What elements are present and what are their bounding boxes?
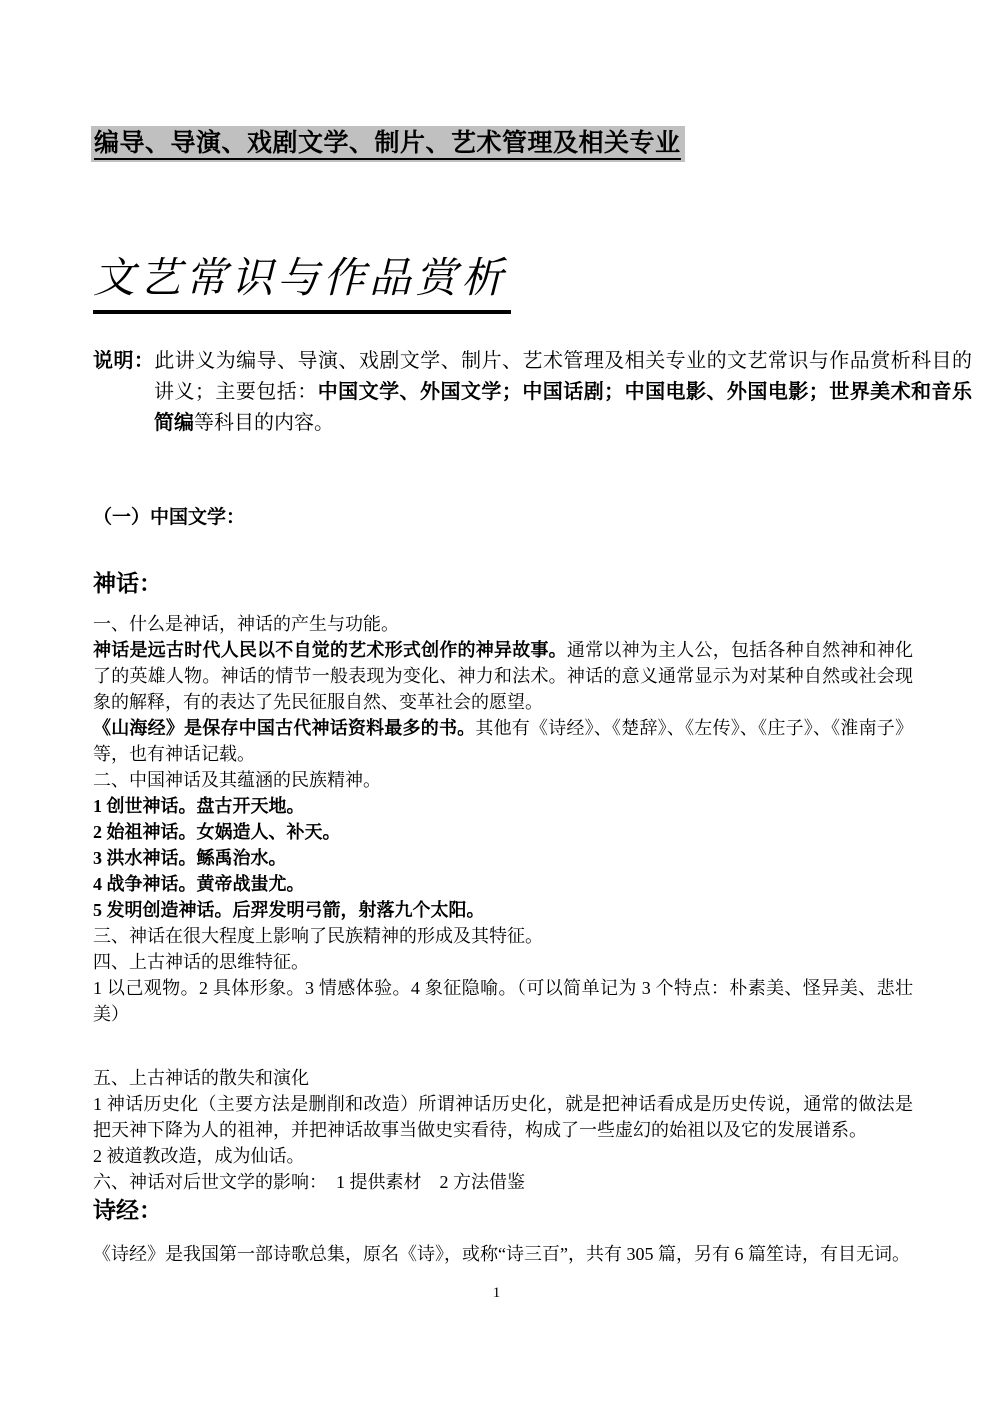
intro-label: 说明： xyxy=(93,350,154,372)
mythology-content: 一、什么是神话，神话的产生与功能。 神话是远古时代人民以不自觉的艺术形式创作的神… xyxy=(93,611,913,1195)
myth-shanhaijing-bold: 《山海经》是保存中国古代神话资料最多的书。 xyxy=(93,718,475,738)
myth-item-ancestor: 2 始祖神话。女娲造人、补天。 xyxy=(93,819,913,845)
myth-line-2: 二、中国神话及其蕴涵的民族精神。 xyxy=(93,767,913,793)
document-title: 文艺常识与作品赏析 xyxy=(93,254,511,314)
highlighted-subject-text: 编导、导演、戏剧文学、制片、艺术管理及相关专业 xyxy=(94,129,681,160)
myth-line-5: 五、上古神话的散失和演化 xyxy=(93,1065,913,1091)
page-number: 1 xyxy=(0,1284,993,1302)
myth-item-invention: 5 发明创造神话。后羿发明弓箭，射落九个太阳。 xyxy=(93,897,913,923)
myth-paragraph-definition: 神话是远古时代人民以不自觉的艺术形式创作的神异故事。通常以神为主人公，包括各种自… xyxy=(93,637,913,715)
blank-line xyxy=(93,1027,913,1065)
myth-line-1: 一、什么是神话，神话的产生与功能。 xyxy=(93,611,913,637)
myth-item-creation: 1 创世神话。盘古开天地。 xyxy=(93,793,913,819)
intro-text-2: 等科目的内容。 xyxy=(194,412,334,434)
myth-item-war: 4 战争神话。黄帝战蚩尤。 xyxy=(93,871,913,897)
intro-paragraph: 说明：此讲义为编导、导演、戏剧文学、制片、艺术管理及相关专业的文艺常识与作品赏析… xyxy=(93,346,972,439)
section-heading-chinese-literature: （一）中国文学： xyxy=(93,506,245,530)
myth-line-4: 四、上古神话的思维特征。 xyxy=(93,949,913,975)
subsection-heading-shijing: 诗经： xyxy=(93,1197,162,1225)
myth-line-5-detail-1: 1 神话历史化（主要方法是删削和改造）所谓神话历史化，就是把神话看成是历史传说，… xyxy=(93,1091,913,1143)
myth-definition-bold: 神话是远古时代人民以不自觉的艺术形式创作的神异故事。 xyxy=(93,640,567,660)
myth-line-6: 六、神话对后世文学的影响： 1 提供素材 2 方法借鉴 xyxy=(93,1169,913,1195)
highlighted-subject-line: 编导、导演、戏剧文学、制片、艺术管理及相关专业 xyxy=(91,126,685,162)
shijing-paragraph: 《诗经》是我国第一部诗歌总集，原名《诗》，或称“诗三百”，共有 305 篇，另有… xyxy=(93,1241,913,1267)
subsection-heading-mythology: 神话： xyxy=(93,570,162,598)
document-page: 编导、导演、戏剧文学、制片、艺术管理及相关专业 文艺常识与作品赏析 说明：此讲义… xyxy=(0,0,993,1404)
myth-line-5-detail-2: 2 被道教改造，成为仙话。 xyxy=(93,1143,913,1169)
myth-paragraph-shanhaijing: 《山海经》是保存中国古代神话资料最多的书。其他有《诗经》、《楚辞》、《左传》、《… xyxy=(93,715,913,767)
myth-line-3: 三、神话在很大程度上影响了民族精神的形成及其特征。 xyxy=(93,923,913,949)
myth-line-4-detail: 1 以己观物。2 具体形象。3 情感体验。4 象征隐喻。（可以简单记为 3 个特… xyxy=(93,975,913,1027)
myth-item-flood: 3 洪水神话。鲧禹治水。 xyxy=(93,845,913,871)
